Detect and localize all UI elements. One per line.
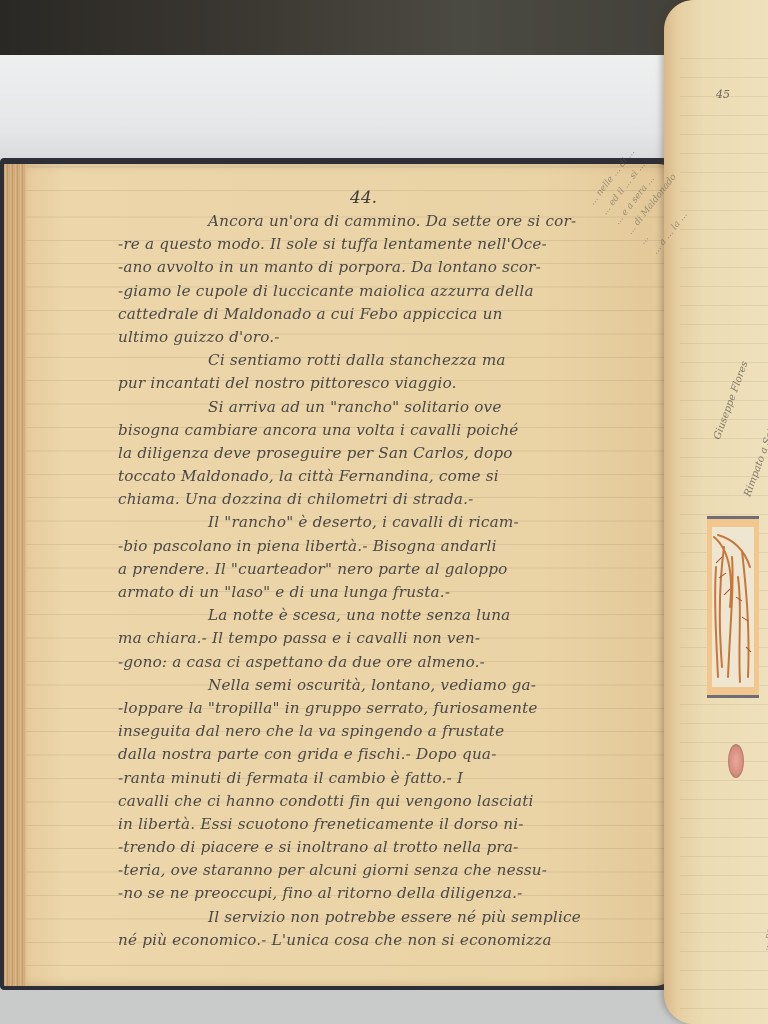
text-line: cavalli che ci hanno condotti fin qui ve… [118, 790, 663, 813]
text-line: La notte è scesa, una notte senza luna [118, 604, 663, 627]
text-line: dalla nostra parte con grida e fischi.- … [118, 743, 663, 766]
text-line: a prendere. Il "cuarteador" nero parte a… [118, 558, 663, 581]
text-line: -ranta minuti di fermata il cambio è fat… [118, 767, 663, 790]
text-line: Il servizio non potrebbe essere né più s… [118, 906, 663, 929]
text-line: cattedrale di Maldonado a cui Febo appic… [118, 303, 663, 326]
text-line: chiama. Una dozzina di chilometri di str… [118, 488, 663, 511]
text-line: Nella semi oscurità, lontano, vediamo ga… [118, 674, 663, 697]
stone-background [0, 0, 768, 60]
text-line: bisogna cambiare ancora una volta i cava… [118, 419, 663, 442]
right-page-number: 45 [716, 88, 730, 101]
text-line: -loppare la "tropilla" in gruppo serrato… [118, 697, 663, 720]
text-line: -gono: a casa ci aspettano da due ore al… [118, 651, 663, 674]
text-line: pur incantati del nostro pittoresco viag… [118, 372, 663, 395]
rose-emblem-icon [728, 744, 744, 778]
text-line: -teria, ove staranno per alcuni giorni s… [118, 859, 663, 882]
text-line: la diligenza deve proseguire per San Car… [118, 442, 663, 465]
text-line: Si arriva ad un "rancho" solitario ove [118, 396, 663, 419]
text-line: toccato Maldonado, la città Fernandina, … [118, 465, 663, 488]
text-line: -trendo di piacere e si inoltrano al tro… [118, 836, 663, 859]
palm-frond-icon [712, 527, 754, 687]
text-line: né più economico.- L'unica cosa che non … [118, 929, 663, 952]
text-line: in libertà. Essi scuotono freneticamente… [118, 813, 663, 836]
white-paper-sheet [0, 55, 720, 165]
text-line: -bio pascolano in piena libertà.- Bisogn… [118, 535, 663, 558]
text-line: -ano avvolto in un manto di porpora. Da … [118, 256, 663, 279]
text-line: Ancora un'ora di cammino. Da sette ore s… [118, 210, 663, 233]
text-line: -giamo le cupole di luccicante maiolica … [118, 280, 663, 303]
text-line: inseguita dal nero che la va spingendo a… [118, 720, 663, 743]
illustration-panel [712, 527, 754, 687]
text-line: armato di un "laso" e di una lunga frust… [118, 581, 663, 604]
handwritten-text: Ancora un'ora di cammino. Da sette ore s… [118, 210, 663, 952]
botanical-illustration [707, 516, 759, 698]
page-number: 44. [350, 188, 377, 208]
table-surface [0, 985, 700, 1024]
text-line: Ci sentiamo rotti dalla stanchezza ma [118, 349, 663, 372]
text-line: Il "rancho" è deserto, i cavalli di rica… [118, 511, 663, 534]
text-line: ultimo guizzo d'oro.- [118, 326, 663, 349]
text-line: ma chiara.- Il tempo passa e i cavalli n… [118, 627, 663, 650]
text-line: -re a questo modo. Il sole si tuffa lent… [118, 233, 663, 256]
text-line: -no se ne preoccupi, fino al ritorno del… [118, 882, 663, 905]
page-edges [4, 164, 26, 986]
